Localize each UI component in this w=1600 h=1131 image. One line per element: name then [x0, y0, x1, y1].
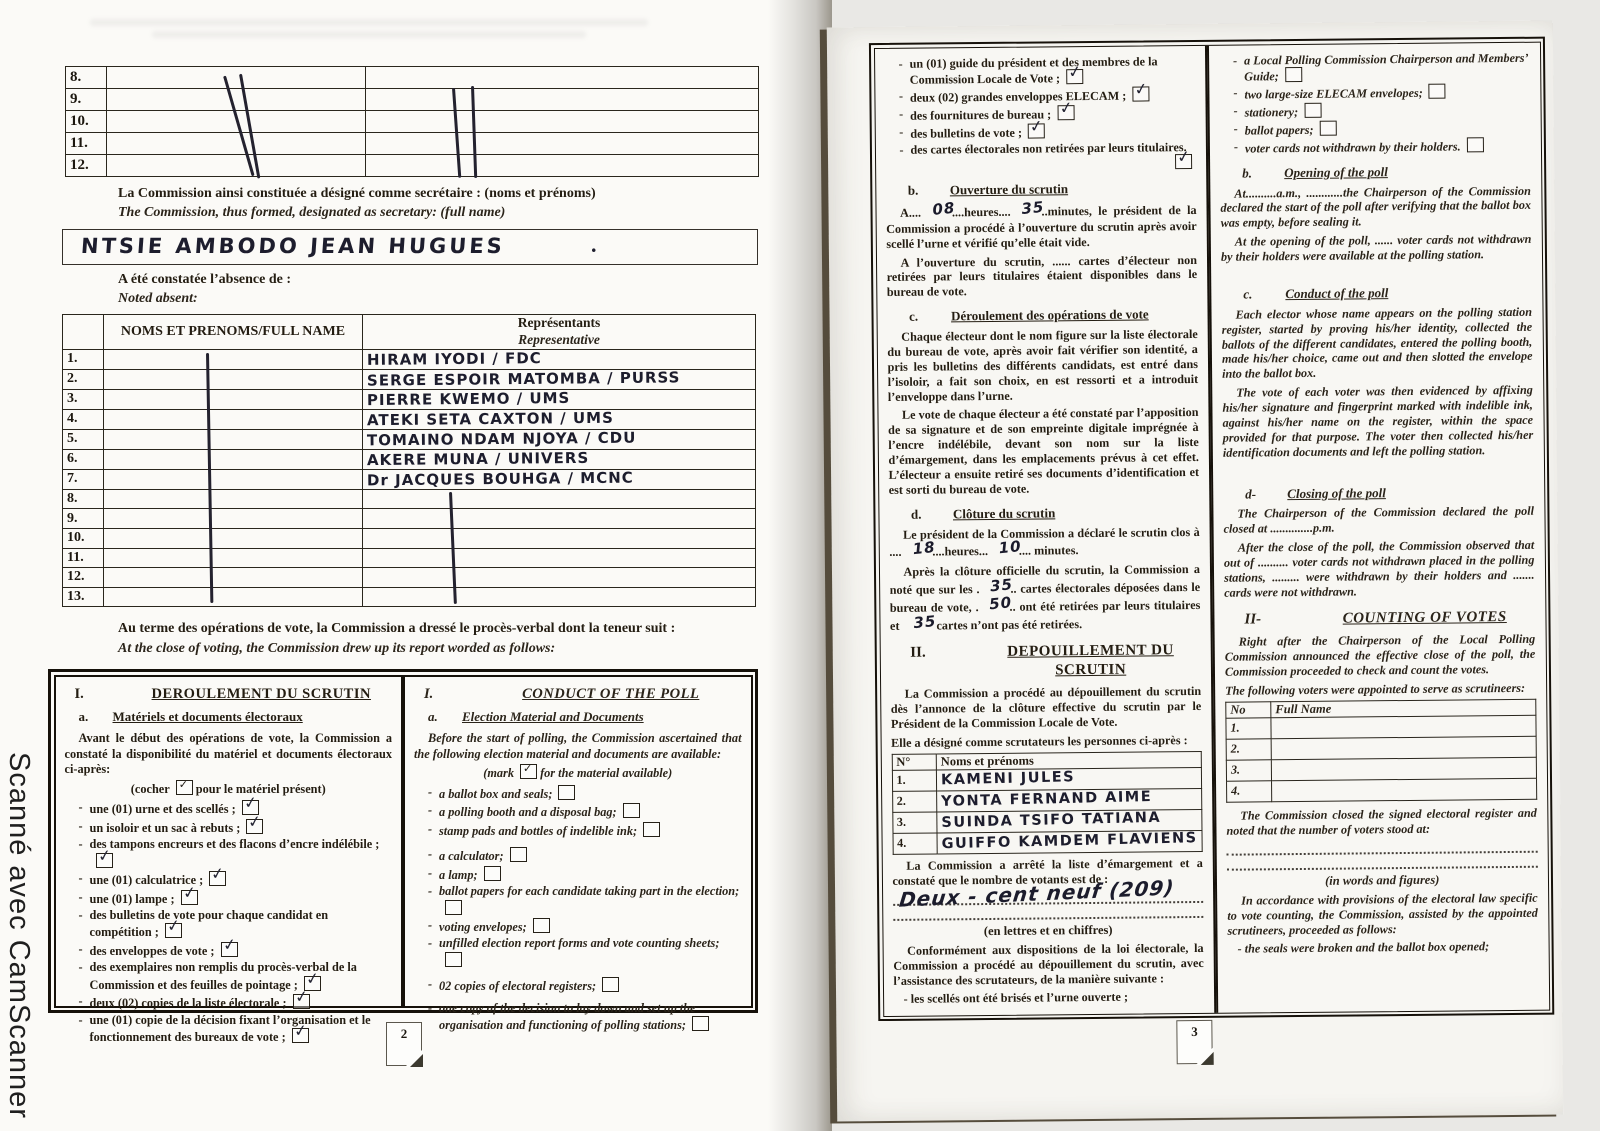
checklist-item: une (01) lampe ;✓	[79, 890, 393, 907]
printed-checkbox-icon: ✓	[520, 764, 537, 779]
row-number: 5.	[63, 429, 104, 449]
checkbox-empty	[558, 785, 575, 800]
table-row: 4.ATEKI SETA CAXTON / UMS	[63, 409, 756, 429]
table-row: 9.	[63, 509, 756, 529]
scanned-electoral-report: { "watermark": "Scanné avec CamScanner",…	[0, 0, 1600, 1131]
section-b-heading-fr: b. Ouverture du scrutin	[886, 180, 1197, 199]
secretary-name-field: NTSIE AMBODO JEAN HUGUES .	[62, 229, 758, 265]
checkbox-empty	[602, 977, 619, 992]
subsection-title: Election Material and Documents	[462, 709, 644, 725]
checklist-item: un (01) guide du président et des membre…	[899, 53, 1196, 88]
checklist-item: a polling booth and a disposal bag;	[428, 803, 742, 820]
checklist-item: des cartes électorales non retirées par …	[899, 140, 1196, 158]
check-mark: ✓	[1176, 148, 1192, 166]
rep-handwritten: SERGE ESPOIR MATOMBA / PURSS	[367, 368, 681, 389]
subsection-letter: d.	[889, 506, 953, 522]
table-row: 13.	[63, 587, 756, 607]
representatives-header-en: Representative	[367, 332, 751, 349]
row-number: 9.	[66, 89, 107, 111]
checklist-item: a Local Polling Commission Chairperson a…	[1233, 50, 1530, 85]
table-row: 10.	[63, 528, 756, 548]
name-cell	[104, 489, 363, 509]
name-cell	[104, 409, 363, 429]
rep-cell	[363, 489, 756, 509]
handwritten-minute: 10	[984, 537, 1022, 559]
rep-cell	[363, 568, 756, 588]
checkbox-empty	[510, 847, 527, 862]
opening-paragraph2-fr: A l’ouverture du scrutin, ...... cartes …	[886, 252, 1197, 300]
section-title: DEPOUILLEMENT DU SCRUTIN	[980, 641, 1201, 680]
number-header: No	[1226, 701, 1271, 718]
checkbox-empty	[1319, 121, 1336, 136]
item-label: des enveloppes de vote ;	[90, 944, 215, 958]
item-label: une (01) copie de la décision fixant l’o…	[90, 1013, 371, 1044]
checklist-item: voting envelopes;	[428, 918, 742, 935]
section-number: II.	[890, 644, 980, 681]
item-label: un (01) guide du président et des membre…	[910, 54, 1158, 87]
instruction-text: for the material available)	[540, 766, 672, 780]
words-figures-note-en: (in words and figures)	[1227, 871, 1538, 889]
item-label: ballot papers;	[1245, 123, 1314, 138]
checklist-item: two large-size ELECAM envelopes;	[1233, 83, 1530, 103]
item-label: des cartes électorales non retirées par …	[910, 140, 1186, 157]
item-label: deux (02) copies de la liste électorale …	[90, 996, 287, 1010]
name-cell	[104, 369, 363, 389]
materials-intro-fr: Avant le début des opérations de vote, l…	[65, 731, 393, 777]
table-row: 8.	[66, 67, 759, 89]
table-row: 1.KAMENI JULES	[892, 767, 1202, 791]
scrutineer-name-handwritten: GUIFFO KAMDEM FLAVIENS	[941, 830, 1197, 854]
rep-cell: ATEKI SETA CAXTON / UMS	[363, 409, 756, 429]
table-row: 3.	[1226, 757, 1536, 781]
checkbox-empty	[643, 822, 660, 837]
rep-cell	[366, 67, 759, 89]
row-number: 1.	[63, 349, 104, 369]
handwritten-hour: 18	[898, 538, 936, 560]
absent-heading: A été constatée l’absence de : Noted abs…	[118, 271, 291, 309]
instruction-text: (cocher	[131, 782, 170, 796]
checklist-item: voter cards not withdrawn by their holde…	[1234, 137, 1531, 157]
row-number: 10.	[63, 528, 104, 548]
row-number: 7.	[63, 469, 104, 489]
opening-paragraph-fr: A....08....heures....35..minutes, le pré…	[886, 200, 1197, 251]
handwritten-hour: 08	[917, 199, 955, 221]
words-figures-note-fr: (en lettres et en chiffres)	[893, 921, 1204, 939]
opening-paragraph-en: At..........a.m., ............the Chairp…	[1220, 183, 1531, 231]
table-row: 1.	[1226, 715, 1536, 739]
row-number: 9.	[63, 509, 104, 529]
row-number: 4.	[63, 409, 104, 429]
item-label: une (01) lampe ;	[90, 892, 175, 906]
name-cell	[104, 349, 363, 369]
row-number: 8.	[66, 67, 107, 89]
checklist-item: unfilled election report forms and vote …	[428, 936, 742, 969]
checklist-item: a lamp;	[428, 866, 742, 883]
checkbox-empty	[484, 866, 501, 881]
subsection-letter: a.	[414, 709, 462, 725]
page-number: 3	[1191, 1024, 1198, 1039]
row-number: 11.	[66, 133, 107, 155]
subsection-a-en: a. Election Material and Documents	[414, 709, 742, 725]
item-label: un isoloir et un sac à rebuts ;	[90, 821, 241, 835]
rep-handwritten: TOMAINO NDAM NJOYA / CDU	[367, 428, 637, 449]
table-row: 8.	[63, 489, 756, 509]
name-cell	[1271, 736, 1536, 760]
table-row: 2.	[1226, 736, 1536, 760]
checkbox: ✓	[209, 871, 226, 886]
check-mark: ✓	[1067, 64, 1083, 82]
subsection-letter: c.	[1221, 286, 1285, 302]
section-1-french-column: I. DEROULEMENT DU SCRUTIN a. Matériels e…	[56, 677, 404, 1006]
checklist-item: one copy of the decision to lay down and…	[428, 1001, 742, 1034]
checkbox: ✓	[1132, 87, 1149, 102]
checkbox-empty	[1467, 137, 1484, 152]
page-number-box: 2	[386, 1022, 422, 1066]
checkbox: ✓	[1028, 123, 1045, 138]
camscanner-watermark: Scanné avec CamScanner	[2, 752, 35, 1131]
rep-cell: SERGE ESPOIR MATOMBA / PURSS	[363, 369, 756, 389]
right-page-sheet: un (01) guide du président et des membre…	[827, 21, 1563, 1122]
row-number: 13.	[63, 587, 104, 607]
table-row: 6.AKERE MUNA / UNIVERS	[63, 449, 756, 469]
scrutineer-name-handwritten: YONTA FERNAND AIME	[941, 789, 1152, 812]
scrutineer-name-handwritten: KAMENI JULES	[941, 769, 1076, 790]
row-number: 3.	[1226, 760, 1271, 781]
conduct-paragraph1-en: Each elector whose name appears on the p…	[1221, 305, 1532, 382]
absent-label-en: Noted absent:	[118, 290, 291, 309]
checkbox-empty	[1285, 67, 1302, 82]
name-cell	[104, 469, 363, 489]
name-cell: GUIFFO KAMDEM FLAVIENS	[937, 830, 1202, 854]
item-label: une (01) urne et des scellés ;	[90, 802, 236, 816]
subsection-letter: b.	[886, 182, 950, 198]
name-cell	[104, 429, 363, 449]
checklist-item: ballot papers;	[1234, 119, 1531, 139]
rep-cell	[366, 133, 759, 155]
checkbox: ✓	[292, 1028, 309, 1043]
table-row: 4.GUIFFO KAMDEM FLAVIENS	[893, 830, 1203, 854]
row-number: 1.	[892, 770, 937, 791]
name-cell	[104, 548, 363, 568]
rep-cell	[363, 587, 756, 607]
subsection-title: Opening of the poll	[1284, 164, 1388, 181]
checklist-item: ballot papers for each candidate taking …	[428, 884, 742, 917]
rep-cell	[363, 548, 756, 568]
table-row: 7.Dr JACQUES BOUHGA / MCNC	[63, 469, 756, 489]
opening-paragraph2-en: At the opening of the poll, ...... voter…	[1221, 232, 1532, 265]
rep-cell	[363, 509, 756, 529]
checklist-item: a calculator;	[428, 847, 742, 864]
page-3-french-column: un (01) guide du président et des membre…	[874, 45, 1216, 1015]
name-cell	[107, 155, 366, 177]
check-mark: ✓	[293, 1023, 309, 1041]
checkbox-empty	[533, 918, 550, 933]
top-members-table: 8. 9. 10. 11. 12.	[65, 66, 759, 177]
conduct-paragraph2-en: The vote of each voter was then evidence…	[1222, 383, 1533, 460]
seals-bullet-en: - the seals were broken and the ballot b…	[1228, 939, 1539, 957]
check-mark: ✓	[221, 936, 237, 954]
secretary-name-handwritten: NTSIE AMBODO JEAN HUGUES	[80, 234, 505, 258]
name-cell	[104, 528, 363, 548]
materials-checklist-fr-cont: un (01) guide du président et des membre…	[885, 53, 1196, 157]
rep-handwritten: ATEKI SETA CAXTON / UMS	[367, 408, 614, 429]
printed-text: ....heures....	[952, 205, 1011, 220]
item-label: stamp pads and bottles of indelible ink;	[439, 824, 637, 838]
secretary-designation: La Commission ainsi constituée a désigné…	[118, 185, 763, 223]
checklist-item: des bulletins de vote ;✓	[899, 122, 1196, 142]
name-cell	[104, 568, 363, 588]
section-number: I.	[65, 685, 131, 703]
section-1-english-column: I. CONDUCT OF THE POLL a. Election Mater…	[403, 677, 751, 1006]
subsection-letter: d-	[1223, 486, 1287, 502]
subsection-title: Clôture du scrutin	[953, 505, 1055, 522]
subsection-title: Matériels et documents électoraux	[113, 709, 303, 725]
item-label: 02 copies of electoral registers;	[439, 979, 596, 993]
section-d-heading-en: d- Closing of the poll	[1223, 483, 1534, 502]
item-label: ballot papers for each candidate taking …	[439, 884, 739, 898]
section-1-title-fr: I. DEROULEMENT DU SCRUTIN	[65, 685, 393, 703]
table-row: 3.PIERRE KWEMO / UMS	[63, 389, 756, 409]
counting-paragraph2-fr: Elle a désigné comme scrutateurs les per…	[891, 733, 1202, 751]
item-label: voting envelopes;	[439, 920, 527, 934]
item-label: deux (02) grandes enveloppes ELECAM ;	[910, 89, 1126, 105]
register-closed-paragraph-en: The Commission closed the signed elector…	[1226, 805, 1537, 838]
table-row: 12.	[66, 155, 759, 177]
closing-paragraph2-fr: Après la clôture officielle du scrutin, …	[889, 562, 1200, 635]
checklist-item: des tampons encreurs et des flacons d’en…	[79, 837, 393, 870]
check-mark: ✓	[96, 847, 112, 865]
checklist-item: deux (02) grandes enveloppes ELECAM ;✓	[899, 86, 1196, 106]
rep-cell: HIRAM IYODI / FDC	[363, 349, 756, 369]
checklist-item: a ballot box and seals;	[428, 785, 742, 802]
item-label: two large-size ELECAM envelopes;	[1244, 86, 1423, 102]
section-number: II-	[1224, 610, 1314, 629]
table-row: 2.YONTA FERNAND AIME	[892, 788, 1202, 812]
name-cell	[1271, 757, 1536, 781]
printed-text: ....heures...	[932, 544, 988, 559]
section-d-heading-fr: d. Clôture du scrutin	[889, 504, 1200, 523]
subsection-title: Ouverture du scrutin	[950, 181, 1068, 198]
handwritten-period: .	[591, 232, 597, 258]
row-number: 4.	[1227, 781, 1272, 802]
checklist-item: des exemplaires non remplis du procès-ve…	[79, 960, 393, 993]
section-title: COUNTING OF VOTES	[1314, 607, 1535, 627]
folded-corner	[1201, 1052, 1214, 1065]
check-instruction-en: (mark✓ for the material available)	[414, 764, 742, 781]
section-2-heading-en: II- COUNTING OF VOTES	[1224, 607, 1535, 628]
handwritten-minute: 35	[1007, 198, 1045, 220]
seals-bullet-fr: - les scellés ont été brisés et l’urne o…	[894, 989, 1205, 1007]
rep-cell	[366, 155, 759, 177]
table-row: 12.	[63, 568, 756, 588]
name-cell: YONTA FERNAND AIME	[937, 788, 1202, 812]
checkbox-empty	[1429, 84, 1446, 99]
name-cell	[104, 389, 363, 409]
check-mark: ✓	[1029, 118, 1045, 136]
check-mark: ✓	[243, 794, 259, 812]
table-row: 10.	[66, 111, 759, 133]
closing-paragraph2-en: After the close of the poll, the Commiss…	[1224, 538, 1535, 600]
rep-cell	[366, 89, 759, 111]
item-label: a lamp;	[439, 868, 478, 882]
rep-cell	[366, 111, 759, 133]
scrutineers-table-en: No Full Name 1. 2. 3. 4.	[1225, 698, 1536, 802]
section-1-box: I. DEROULEMENT DU SCRUTIN a. Matériels e…	[48, 669, 758, 1013]
counting-paragraph1-en: Right after the Chairperson of the Local…	[1225, 632, 1536, 680]
conduct-paragraph1-fr: Chaque électeur dont le nom figure sur l…	[887, 327, 1198, 404]
instruction-text: pour le matériel présent)	[196, 782, 326, 796]
table-row: 2.SERGE ESPOIR MATOMBA / PURSS	[63, 369, 756, 389]
table-row: 11.	[63, 548, 756, 568]
secretary-label-en: The Commission, thus formed, designated …	[118, 204, 763, 223]
counting-paragraph1-fr: La Commission a procédé au dépouillement…	[891, 684, 1202, 732]
name-cell	[104, 509, 363, 529]
subsection-letter: b.	[1220, 165, 1284, 181]
conform-paragraph-fr: Conformément aux dispositions de la loi …	[893, 941, 1204, 989]
name-cell	[104, 587, 363, 607]
checklist-item: une (01) copie de la décision fixant l’o…	[79, 1013, 393, 1046]
closing-paragraph1-fr: Le président de la Commission a déclaré …	[889, 524, 1200, 560]
section-b-heading-en: b. Opening of the poll	[1220, 163, 1531, 182]
checkbox-empty	[445, 952, 462, 967]
checkbox: ✓	[221, 942, 238, 957]
item-label: a polling booth and a disposal bag;	[439, 805, 617, 819]
row-number: 2.	[892, 791, 937, 812]
rep-handwritten: HIRAM IYODI / FDC	[367, 349, 542, 369]
check-mark: ✓	[1058, 99, 1074, 117]
rep-handwritten: PIERRE KWEMO / UMS	[367, 389, 571, 409]
page-number-box: 3	[1176, 1020, 1212, 1064]
table-row: 5.TOMAINO NDAM NJOYA / CDU	[63, 429, 756, 449]
subsection-letter: c.	[887, 308, 951, 324]
materials-checklist-en-cont: a Local Polling Commission Chairperson a…	[1219, 50, 1530, 156]
table-row: 3.SUINDA TSIFO TATIANA	[892, 809, 1202, 833]
checkbox: ✓	[181, 890, 198, 905]
section-c-heading-en: c. Conduct of the poll	[1221, 284, 1532, 303]
name-cell: SUINDA TSIFO TATIANA	[937, 809, 1202, 833]
checkbox: ✓	[246, 819, 263, 834]
check-mark: ✓	[247, 813, 263, 831]
checkbox-empty	[623, 803, 640, 818]
row-number: 2.	[63, 369, 104, 389]
section-title: DEROULEMENT DU SCRUTIN	[131, 685, 393, 703]
rep-cell: Dr JACQUES BOUHGA / MCNC	[363, 469, 756, 489]
checklist-item: un isoloir et un sac à rebuts ;✓	[79, 819, 393, 836]
folded-corner	[410, 1054, 423, 1067]
check-mark: ✓	[179, 779, 188, 790]
row-number: 6.	[63, 449, 104, 469]
header-row: NOMS ET PRENOMS/FULL NAME Représentants …	[63, 315, 756, 350]
checkbox: ✓	[1066, 69, 1083, 84]
materials-intro-en: Before the start of polling, the Commiss…	[414, 731, 742, 762]
rep-handwritten: AKERE MUNA / UNIVERS	[367, 449, 589, 469]
checkbox: ✓	[165, 923, 182, 938]
instruction-text: (mark	[483, 766, 514, 780]
close-note-en: At the close of voting, the Commission d…	[118, 639, 758, 659]
page-gutter-shadow	[768, 0, 832, 1131]
table-row: 4.	[1227, 778, 1537, 802]
table-row: 9.	[66, 89, 759, 111]
close-note-fr: Au terme des opérations de vote, la Comm…	[118, 619, 758, 639]
check-mark: ✓	[210, 865, 226, 883]
checkbox-empty	[445, 900, 462, 915]
checkbox-empty	[1304, 103, 1321, 118]
item-label: one copy of the decision to lay down and…	[439, 1001, 696, 1032]
row-number: 12.	[63, 568, 104, 588]
close-of-voting-note: Au terme des opérations de vote, la Comm…	[118, 619, 758, 658]
item-label: des bulletins de vote ;	[910, 126, 1022, 141]
left-page-sheet: 8. 9. 10. 11. 12. La Commission ainsi co…	[0, 0, 808, 1131]
counting-paragraph2-en: The following voters were appointed to s…	[1225, 680, 1536, 698]
checklist-item: stamp pads and bottles of indelible ink;	[428, 822, 742, 839]
scrutineer-name-handwritten: SUINDA TSIFO TATIANA	[941, 810, 1161, 833]
name-cell	[107, 133, 366, 155]
bleed-through-smudge	[90, 14, 710, 43]
check-mark: ✓	[293, 989, 309, 1007]
check-mark: ✓	[181, 884, 197, 902]
section-1-title-en: I. CONDUCT OF THE POLL	[414, 685, 742, 703]
page-3-english-column: a Local Polling Commission Chairperson a…	[1207, 42, 1549, 1012]
section-c-heading-fr: c. Déroulement des opérations de vote	[887, 306, 1198, 325]
checklist-item: une (01) calculatrice ;✓	[79, 871, 393, 888]
page-number: 2	[401, 1026, 408, 1041]
checklist-item: une (01) urne et des scellés ;✓	[79, 800, 393, 817]
rep-cell	[363, 528, 756, 548]
voters-count-field: Deux - cent neuf (209)	[893, 887, 1204, 920]
secretary-label-fr: La Commission ainsi constituée a désigné…	[118, 185, 763, 204]
row-number: 10.	[66, 111, 107, 133]
row-number: 4.	[893, 833, 938, 854]
representatives-header: Représentants Representative	[363, 315, 756, 350]
printed-text: cartes n’ont pas été retirées.	[933, 617, 1082, 632]
row-number: 11.	[63, 548, 104, 568]
name-cell	[107, 89, 366, 111]
section-number: I.	[414, 685, 480, 703]
number-header: N°	[892, 754, 937, 771]
checkbox: ✓	[1175, 154, 1192, 169]
rep-cell: TOMAINO NDAM NJOYA / CDU	[363, 429, 756, 449]
row-number: 8.	[63, 489, 104, 509]
absent-label-fr: A été constatée l’absence de :	[118, 271, 291, 290]
row-number: 3.	[63, 389, 104, 409]
representatives-header-fr: Représentants	[367, 315, 751, 332]
row-number: 2.	[1226, 739, 1271, 760]
handwritten-count: 50	[975, 593, 1013, 615]
checklist-item: deux (02) copies de la liste électorale …	[79, 994, 393, 1011]
row-number: 12.	[66, 155, 107, 177]
checklist-item: des enveloppes de vote ;✓	[79, 942, 393, 959]
dotted-line	[1227, 852, 1538, 870]
subsection-letter: a.	[65, 709, 113, 725]
absent-table: NOMS ET PRENOMS/FULL NAME Représentants …	[62, 314, 756, 607]
name-cell	[1271, 715, 1536, 739]
rep-cell: PIERRE KWEMO / UMS	[363, 389, 756, 409]
item-label: a ballot box and seals;	[439, 787, 552, 801]
checklist-item: stationery;	[1234, 101, 1531, 121]
check-mark: ✓	[166, 918, 182, 936]
section-2-heading-fr: II. DEPOUILLEMENT DU SCRUTIN	[890, 641, 1201, 681]
checkbox: ✓	[293, 994, 310, 1009]
accordance-paragraph-en: In accordance with provisions of the ele…	[1227, 890, 1538, 938]
rep-handwritten: Dr JACQUES BOUHGA / MCNC	[367, 468, 634, 489]
handwritten-count: 35	[899, 612, 937, 634]
checklist-item: 02 copies of electoral registers;	[428, 977, 742, 994]
name-cell: KAMENI JULES	[936, 767, 1201, 791]
item-label: a calculator;	[439, 849, 504, 863]
printed-text: .... minutes.	[1019, 543, 1079, 558]
row-number: 1.	[1226, 718, 1271, 739]
printed-checkbox-icon: ✓	[176, 780, 193, 795]
